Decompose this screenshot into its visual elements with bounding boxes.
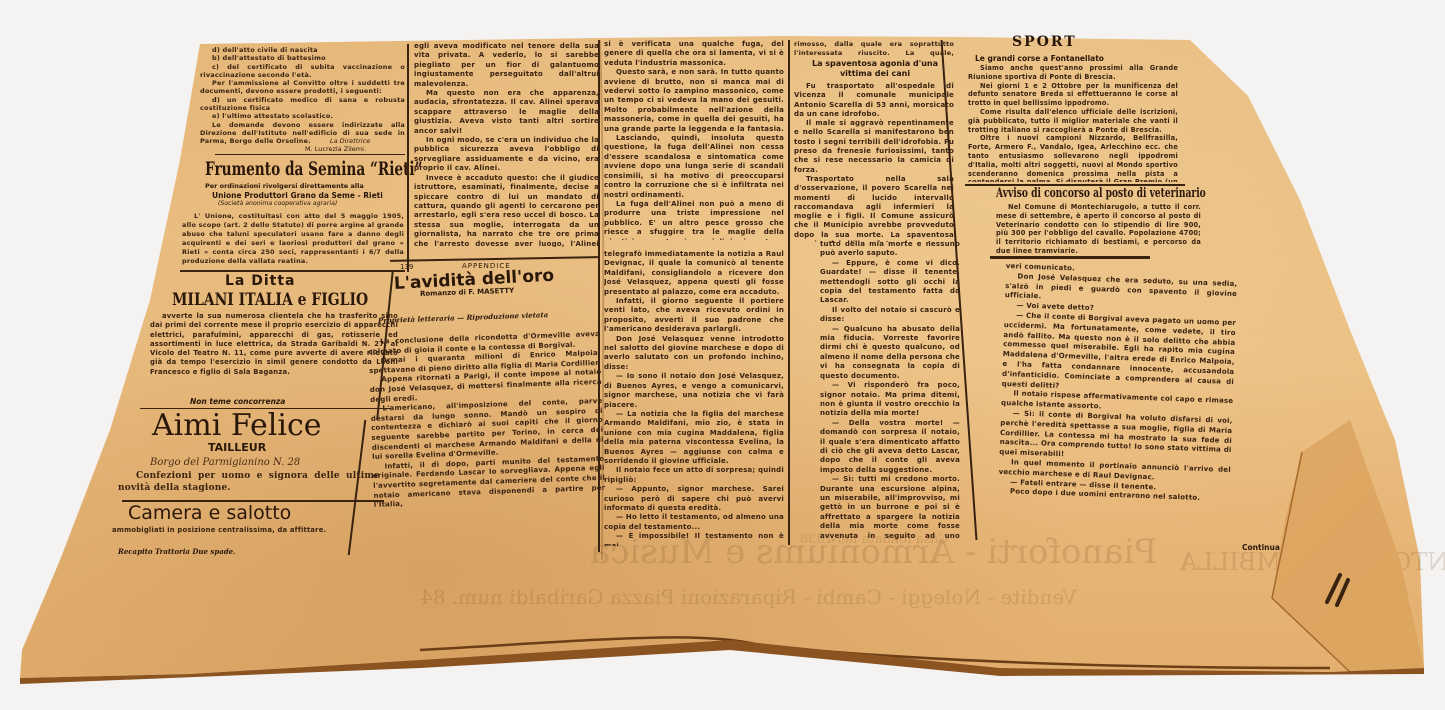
- divider: [215, 154, 405, 155]
- notice-line: d) un certificato medico di sana e robus…: [200, 96, 405, 113]
- novel-paragraph: Il notaio fece un atto di sorpresa; quin…: [604, 466, 784, 485]
- camera-salotto-title: Camera e salotto: [128, 502, 291, 524]
- article-paragraph: Oltre i nuovi campioni Nizzardo, Bellfra…: [968, 134, 1178, 182]
- notice-line: e) l'ultimo attestato scolastico.: [200, 112, 405, 120]
- column-4-top-text: rimosso, dalla quale era soprattutto l'i…: [794, 40, 954, 58]
- camera-body-text: ammobigliati in posizione centralissima,…: [112, 526, 382, 535]
- article-paragraph: Ma questo non era che apparenza, audacia…: [414, 89, 599, 136]
- article-paragraph: rimosso, dalla quale era soprattutto l'i…: [794, 40, 954, 58]
- article-paragraph: si è verificata una qualche fuga, del ge…: [604, 40, 784, 68]
- novel-chapter-text-col5: veri comunicato. Don José Velasquez che …: [997, 262, 1238, 532]
- ditta-body-text: avverte la sua numerosa clientela che ha…: [150, 312, 398, 377]
- notice-line: d) dell'atto civile di nascita: [200, 46, 405, 54]
- aimi-felice-body: Confezioni per uomo e signora delle ulti…: [118, 470, 380, 500]
- veterinary-notice-body: Nel Comune di Montechiarugolo, a tutto i…: [996, 203, 1201, 253]
- divider: [990, 256, 1150, 259]
- sport-headline: Le grandi corse a Fontanellato: [975, 54, 1104, 63]
- novel-chapter-text-continued: telegrafò immediatamente la notizia a Ra…: [604, 250, 784, 546]
- camera-salotto-contact: Recapito Trattoria Due spade.: [118, 547, 236, 556]
- sport-article: Siamo anche quest'anno prossimi alla Gra…: [968, 64, 1178, 182]
- article-paragraph: Questo sarà, e non sarà. In tutto quanto…: [604, 68, 784, 134]
- notice-line: Per l'ammissione al Convitto oltre i sud…: [200, 79, 405, 96]
- novel-paragraph: Il volto del notaio si cascurò e disse:: [820, 306, 960, 325]
- frumento-subline-3: (Società anonima cooperativa agraria): [218, 200, 337, 207]
- frumento-subline-1: Per ordinazioni rivolgersi direttamente …: [205, 182, 364, 190]
- article-paragraph: Fu trasportato all'ospedale di Vicenza i…: [794, 82, 954, 119]
- novel-chapter-text-col4: tutto della mia morte e nessuno può aver…: [820, 240, 960, 540]
- novel-paragraph: L'americano, all'imposizione del conte, …: [370, 397, 604, 463]
- novel-paragraph: — Della vostra morte! — domandò con sorp…: [820, 419, 960, 475]
- novel-paragraph: telegrafò immediatamente la notizia a Ra…: [604, 250, 784, 297]
- novel-paragraph: — La notizia che la figlia del marchese …: [604, 410, 784, 466]
- article-paragraph: Trasportato nella sala d'osservazione, i…: [794, 175, 954, 242]
- school-notice: d) dell'atto civile di nascita b) dell'a…: [200, 46, 405, 146]
- alinei-article-continued: egli aveva modificato nel tenore della s…: [414, 42, 599, 247]
- frumento-headline: Frumento da Semina “Rieti”: [205, 158, 423, 180]
- novel-paragraph: — Vi risponderò fra poco, signor notaio.…: [820, 381, 960, 419]
- article-paragraph: Il male si aggravò repentinamente e nell…: [794, 119, 954, 175]
- notice-paragraph: Nel Comune di Montechiarugolo, a tutto i…: [996, 203, 1201, 253]
- novel-paragraph: Don José Velasquez venne introdotto nel …: [604, 335, 784, 373]
- aimi-felice-name: Aimi Felice: [152, 408, 322, 443]
- novel-paragraph: — Qualcuno ha abusato della mia fiducia.…: [820, 325, 960, 381]
- notice-signature-title: La Direttrice: [330, 137, 370, 145]
- newspaper-photo: Pianoforti - Armoniums e Musica Vendite …: [0, 0, 1445, 710]
- frumento-body-text: L' Unione, costituitasi con atto del 5 m…: [182, 212, 404, 266]
- novel-paragraph: — È impossibile! Il testamento non è mai: [604, 532, 784, 546]
- aimi-body-text: Confezioni per uomo e signora delle ulti…: [118, 470, 380, 494]
- appendix-number: 139: [400, 263, 413, 271]
- novel-paragraph: tutto della mia morte e nessuno può aver…: [820, 240, 960, 259]
- novel-paragraph: — Che il conte di Borgival aveva pagato …: [1002, 311, 1237, 397]
- rabies-headline: La spaventosa agonia d'una vittima dei c…: [795, 59, 955, 79]
- aimi-felice-role: TAILLEUR: [208, 441, 266, 454]
- column-rule: [598, 40, 600, 552]
- novel-paragraph: — Sì: tutti mi credono morto. Durante un…: [820, 475, 960, 540]
- bleed-through-subtitle: Vendite - Noleggi - Cambi - Riparazioni …: [420, 585, 1077, 609]
- article-paragraph: Invece è accaduto questo: che il giudice…: [414, 174, 599, 247]
- column-rule: [788, 40, 790, 545]
- alinei-article-column: si è verificata una qualche fuga, del ge…: [604, 40, 784, 240]
- notice-signature-name: M. Lucrezia Zilemi.: [305, 145, 366, 153]
- divider: [180, 270, 405, 272]
- aimi-felice-address: Borgo del Parmigianino N. 28: [150, 457, 300, 468]
- novel-paragraph: — Sì: il conte di Borgival ha voluto dis…: [999, 409, 1233, 466]
- frumento-body: L' Unione, costituitasi con atto del 5 m…: [182, 212, 404, 272]
- ditta-body: avverte la sua numerosa clientela che ha…: [150, 312, 398, 392]
- article-paragraph: Nei giorni 1 e 2 Ottobre per la munifice…: [968, 82, 1178, 108]
- novel-paragraph: — Io sono il notaio don José Velasquez, …: [604, 372, 784, 410]
- continues-label: Continua: [1242, 543, 1280, 552]
- rabies-article: Fu trasportato all'ospedale di Vicenza i…: [794, 82, 954, 242]
- article-paragraph: In ogni modo, se c'era un individuo che …: [414, 136, 599, 174]
- veterinary-notice-headline: Avviso di concorso al posto di veterinar…: [996, 186, 1206, 201]
- sport-section-title: SPORT: [1012, 34, 1077, 50]
- article-paragraph: La fuga dell'Alinei non può a meno di pr…: [604, 200, 784, 240]
- novel-paragraph: — Eppure, è come vi dico. Guardate! — di…: [820, 259, 960, 306]
- article-paragraph: Come risulta dall'elenco ufficiale delle…: [968, 108, 1178, 134]
- ditta-label: La Ditta: [225, 273, 296, 289]
- notice-line: c) del certificato di subita vaccinazion…: [200, 63, 405, 80]
- frumento-subline-2: Unione Produttori Grano da Seme - Rieti: [212, 191, 383, 200]
- column-rule: [407, 44, 409, 272]
- novel-chapter-text: La conclusione della ricondotta d'Ormevi…: [368, 330, 607, 556]
- camera-salotto-body: ammobigliati in posizione centralissima,…: [112, 526, 382, 546]
- novel-paragraph: Infatti, il giorno seguente il portiere …: [604, 297, 784, 335]
- notice-line: Le domande devono essere indirizzate all…: [200, 121, 405, 146]
- article-paragraph: Siamo anche quest'anno prossimi alla Gra…: [968, 64, 1178, 82]
- ditta-name: MILANI ITALIA e FIGLIO: [172, 290, 368, 310]
- article-paragraph: Lasciando, quindi, insoluta questa quest…: [604, 134, 784, 200]
- notice-line: b) dell'attestato di battesimo: [200, 54, 405, 62]
- ditta-tagline: Non teme concorrenza: [190, 397, 285, 406]
- article-paragraph: egli aveva modificato nel tenore della s…: [414, 42, 599, 89]
- novel-paragraph: — Appunto, signor marchese. Sarei curios…: [604, 485, 784, 513]
- novel-paragraph: Infatti, il dì dopo, parti munito del te…: [372, 455, 606, 511]
- novel-paragraph: — Ho letto il testamento, od almeno una …: [604, 513, 784, 532]
